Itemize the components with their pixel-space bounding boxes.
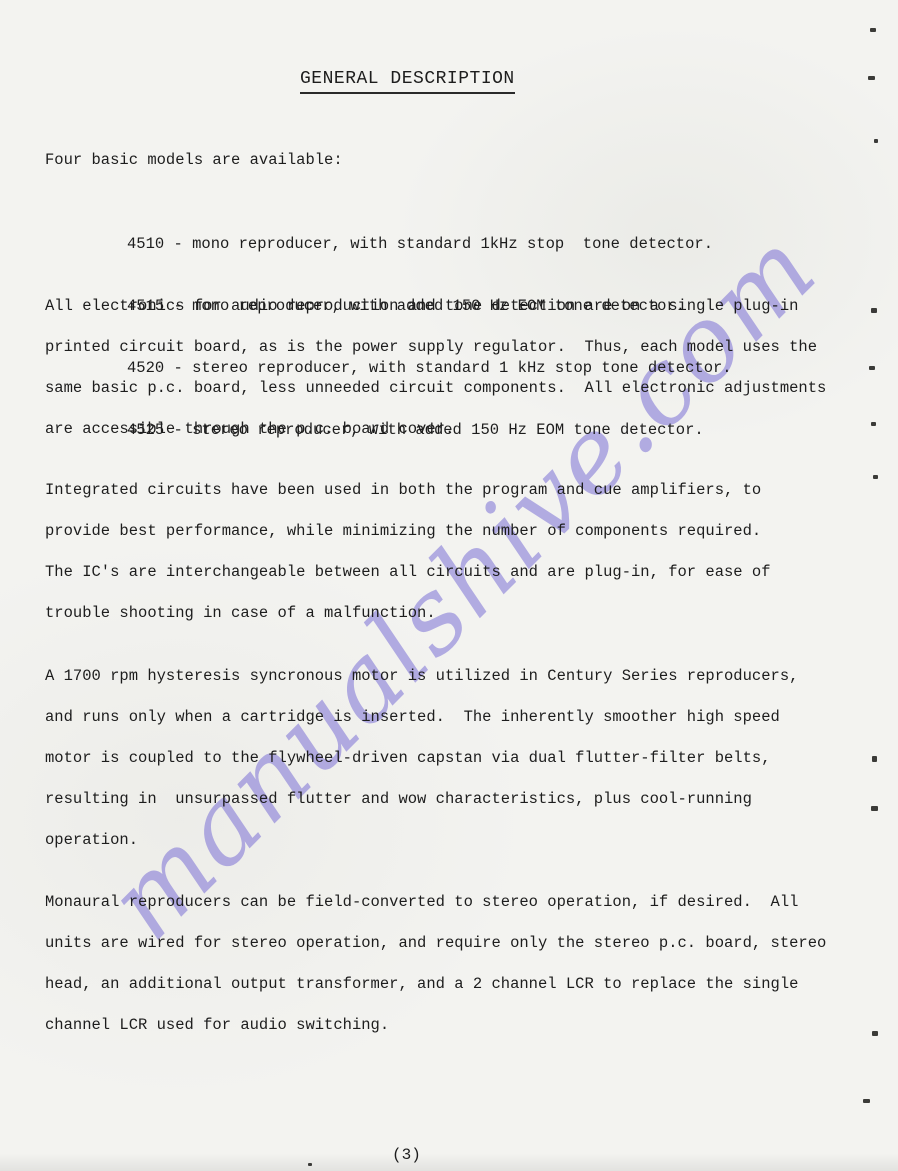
scanned-document-page: manualshive.com GENERAL DESCRIPTION Four… — [0, 0, 898, 1171]
scan-speck — [874, 139, 878, 143]
paragraph-monaural-conversion: Monaural reproducers can be field-conver… — [45, 882, 875, 1046]
scan-speck — [870, 28, 876, 32]
scan-speck — [868, 76, 875, 80]
scan-speck — [863, 1099, 870, 1103]
paragraph-electronics: All electronics for audio reproduction a… — [45, 286, 875, 450]
paragraph-integrated-circuits: Integrated circuits have been used in bo… — [45, 470, 875, 634]
scan-speck — [308, 1163, 312, 1166]
intro-line: Four basic models are available: — [45, 150, 343, 170]
page-title: GENERAL DESCRIPTION — [300, 68, 515, 94]
paragraph-motor: A 1700 rpm hysteresis syncronous motor i… — [45, 656, 875, 861]
model-item: 4510 - mono reproducer, with standard 1k… — [127, 234, 732, 255]
page-number: (3) — [392, 1145, 421, 1165]
